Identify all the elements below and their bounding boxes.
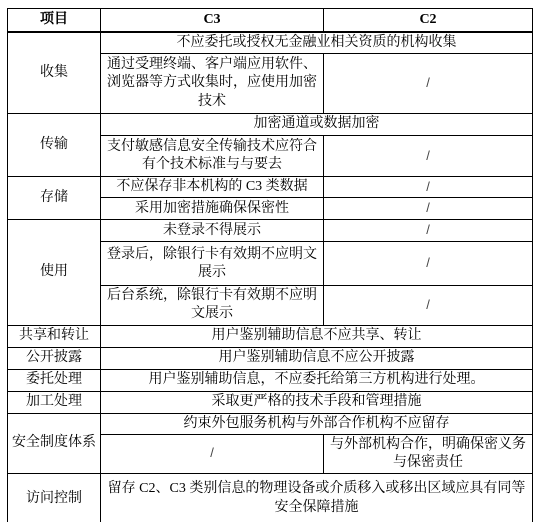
req-sharing-both: 用户鉴别辅助信息不应共享、转让 — [101, 325, 533, 347]
row-label-access-control: 访问控制 — [8, 474, 101, 522]
req-collection-both: 不应委托或授权无金融业相关资质的机构收集 — [101, 32, 533, 54]
na-slash: / — [101, 434, 324, 473]
table-row: 存储 不应保存非本机构的 C3 类数据 / — [8, 177, 533, 198]
row-label-collection: 收集 — [8, 32, 101, 114]
na-slash: / — [324, 136, 533, 177]
row-label-security-system: 安全制度体系 — [8, 413, 101, 474]
req-collection-c3: 通过受理终端、客户端应用软件、浏览器等方式收集时，应使用加密技术 — [101, 54, 324, 114]
row-label-public-disclosure: 公开披露 — [8, 347, 101, 369]
header-cell-c2: C2 — [324, 9, 533, 32]
req-processing-both: 采取更严格的技术手段和管理措施 — [101, 391, 533, 413]
table-row: 传输 加密通道或数据加密 — [8, 114, 533, 136]
na-slash: / — [324, 54, 533, 114]
row-label-usage: 使用 — [8, 220, 101, 325]
row-label-entrusted-processing: 委托处理 — [8, 369, 101, 391]
req-storage-c3-1: 不应保存非本机构的 C3 类数据 — [101, 177, 324, 198]
na-slash: / — [324, 220, 533, 242]
table-header-row: 项目 C3 C2 — [8, 9, 533, 32]
req-transmission-both: 加密通道或数据加密 — [101, 114, 533, 136]
req-security-both: 约束外包服务机构与外部合作机构不应留存 — [101, 413, 533, 434]
row-label-transmission: 传输 — [8, 114, 101, 177]
header-cell-c3: C3 — [101, 9, 324, 32]
na-slash: / — [324, 177, 533, 198]
security-requirements-table: 项目 C3 C2 收集 不应委托或授权无金融业相关资质的机构收集 通过受理终端、… — [7, 8, 533, 522]
table-row: 使用 未登录不得展示 / — [8, 220, 533, 242]
table-row: 加工处理 采取更严格的技术手段和管理措施 — [8, 391, 533, 413]
req-storage-c3-2: 采用加密措施确保保密性 — [101, 198, 324, 220]
security-requirements-table-container: 项目 C3 C2 收集 不应委托或授权无金融业相关资质的机构收集 通过受理终端、… — [7, 8, 533, 522]
row-label-storage: 存储 — [8, 177, 101, 220]
req-access-both: 留存 C2、C3 类别信息的物理设备或介质移入或移出区域应具有同等安全保障措施 — [101, 474, 533, 522]
req-usage-c3-3: 后台系统，除银行卡有效期不应明文展示 — [101, 286, 324, 325]
row-label-processing: 加工处理 — [8, 391, 101, 413]
table-row: 公开披露 用户鉴别辅助信息不应公开披露 — [8, 347, 533, 369]
na-slash: / — [324, 286, 533, 325]
na-slash: / — [324, 242, 533, 286]
header-cell-item: 项目 — [8, 9, 101, 32]
table-row: 共享和转让 用户鉴别辅助信息不应共享、转让 — [8, 325, 533, 347]
req-security-c2: 与外部机构合作，明确保密义务与保密责任 — [324, 434, 533, 473]
table-row: 安全制度体系 约束外包服务机构与外部合作机构不应留存 — [8, 413, 533, 434]
req-usage-c3-2: 登录后，除银行卡有效期不应明文展示 — [101, 242, 324, 286]
table-row: 访问控制 留存 C2、C3 类别信息的物理设备或介质移入或移出区域应具有同等安全… — [8, 474, 533, 522]
req-disclosure-both: 用户鉴别辅助信息不应公开披露 — [101, 347, 533, 369]
req-usage-c3-1: 未登录不得展示 — [101, 220, 324, 242]
row-label-sharing-transfer: 共享和转让 — [8, 325, 101, 347]
table-row: 收集 不应委托或授权无金融业相关资质的机构收集 — [8, 32, 533, 54]
table-row: 委托处理 用户鉴别辅助信息，不应委托给第三方机构进行处理。 — [8, 369, 533, 391]
req-entrusted-both: 用户鉴别辅助信息，不应委托给第三方机构进行处理。 — [101, 369, 533, 391]
req-transmission-c3: 支付敏感信息安全传输技术应符合有个技术标准与与要去 — [101, 136, 324, 177]
na-slash: / — [324, 198, 533, 220]
